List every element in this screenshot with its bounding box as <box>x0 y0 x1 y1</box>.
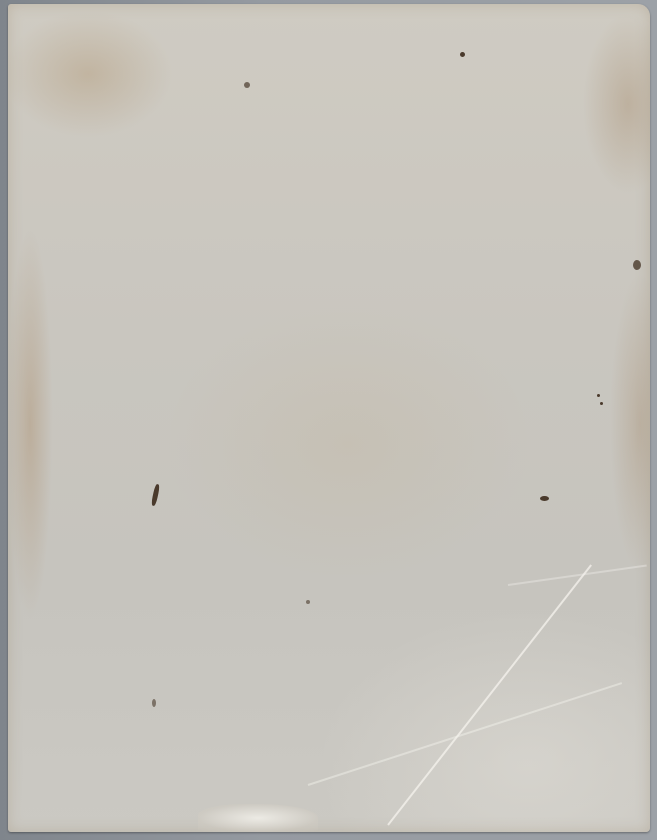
ink-spot <box>151 484 160 507</box>
ink-spot <box>244 82 250 88</box>
ink-spot <box>597 394 600 397</box>
paper-crease <box>308 682 622 786</box>
ink-spot <box>633 260 641 270</box>
ink-spot <box>460 52 465 57</box>
ink-spot <box>306 600 310 604</box>
ink-spot <box>600 402 603 405</box>
blank-paper-page <box>8 4 650 832</box>
torn-edge <box>198 804 318 832</box>
ink-spot <box>540 496 549 501</box>
ink-spot <box>152 699 156 707</box>
paper-crease <box>387 564 592 825</box>
